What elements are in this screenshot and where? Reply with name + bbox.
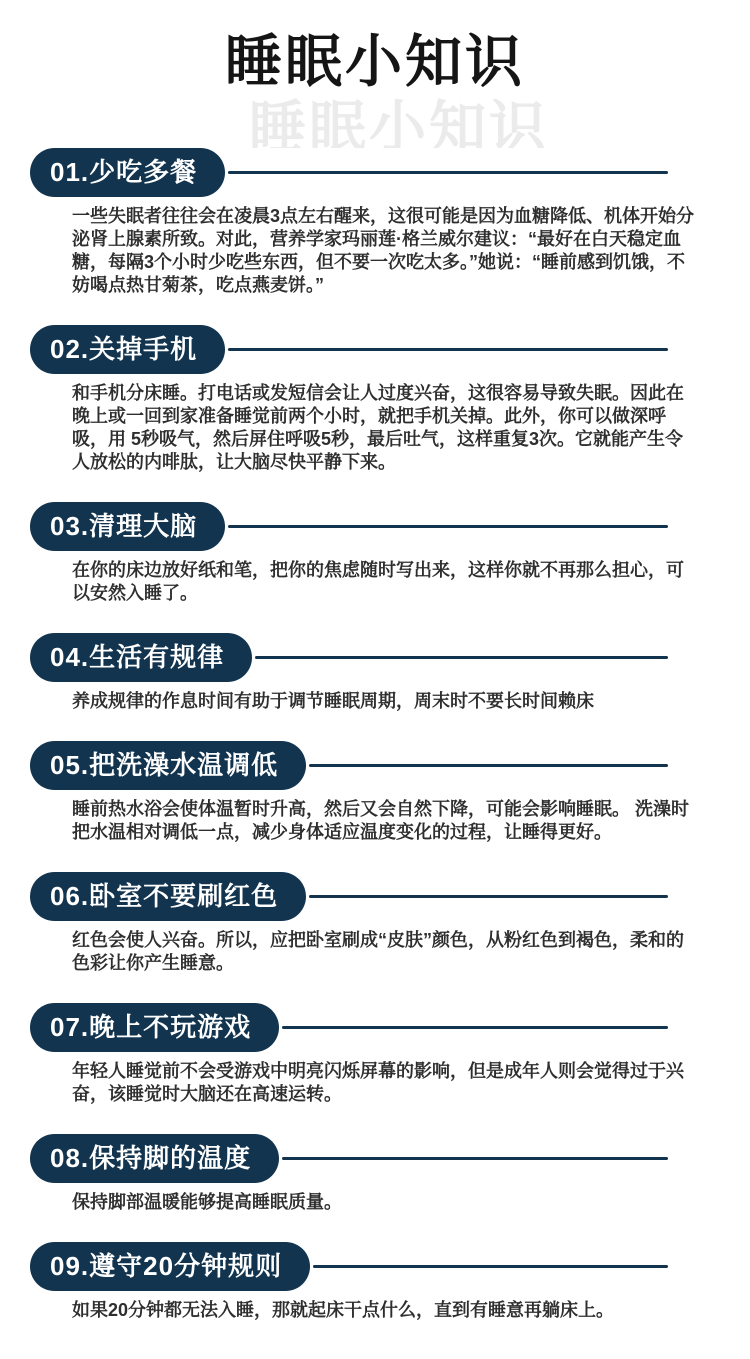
- section-05: 05.把洗澡水温调低 睡前热水浴会使体温暂时升高，然后又会自然下降，可能会影响睡…: [0, 741, 750, 844]
- section-05-body: 睡前热水浴会使体温暂时升高，然后又会自然下降，可能会影响睡眠。 洗澡时把水温相对…: [72, 798, 698, 844]
- section-05-header: 05.把洗澡水温调低: [0, 741, 750, 790]
- section-08-heading-pill: 08.保持脚的温度: [30, 1134, 279, 1183]
- section-07-heading-pill: 07.晚上不玩游戏: [30, 1003, 279, 1052]
- section-01-body: 一些失眠者往往会在凌晨3点左右醒来，这很可能是因为血糖降低、机体开始分泌肾上腺素…: [72, 205, 698, 297]
- page-title: 睡眠小知识: [0, 0, 750, 96]
- section-02-divider-line: [228, 348, 668, 351]
- section-01-heading-pill: 01.少吃多餐: [30, 148, 225, 197]
- section-05-heading-pill: 05.把洗澡水温调低: [30, 741, 306, 790]
- section-07: 07.晚上不玩游戏 年轻人睡觉前不会受游戏中明亮闪烁屏幕的影响，但是成年人则会觉…: [0, 1003, 750, 1106]
- section-05-divider-line: [309, 764, 668, 767]
- section-08-header: 08.保持脚的温度: [0, 1134, 750, 1183]
- section-03-heading-pill: 03.清理大脑: [30, 502, 225, 551]
- section-04: 04.生活有规律 养成规律的作息时间有助于调节睡眠周期，周末时不要长时间赖床: [0, 633, 750, 713]
- section-03-header: 03.清理大脑: [0, 502, 750, 551]
- section-08-body: 保持脚部温暖能够提高睡眠质量。: [72, 1191, 698, 1214]
- section-04-divider-line: [255, 656, 668, 659]
- section-02-heading-pill: 02.关掉手机: [30, 325, 225, 374]
- ghost-title: 睡眠小知识: [249, 97, 549, 148]
- section-02-header: 02.关掉手机: [0, 325, 750, 374]
- section-07-body: 年轻人睡觉前不会受游戏中明亮闪烁屏幕的影响，但是成年人则会觉得过于兴奋，该睡觉时…: [72, 1060, 698, 1106]
- section-09-divider-line: [313, 1265, 668, 1268]
- section-07-divider-line: [282, 1026, 668, 1029]
- section-04-body: 养成规律的作息时间有助于调节睡眠周期，周末时不要长时间赖床: [72, 690, 698, 713]
- section-02: 02.关掉手机 和手机分床睡。打电话或发短信会让人过度兴奋，这很容易导致失眠。因…: [0, 325, 750, 474]
- section-07-header: 07.晚上不玩游戏: [0, 1003, 750, 1052]
- section-06-header: 06.卧室不要刷红色: [0, 872, 750, 921]
- section-06-body: 红色会使人兴奋。所以，应把卧室刷成“皮肤”颜色，从粉红色到褐色，柔和的色彩让你产…: [72, 929, 698, 975]
- section-06-heading-pill: 06.卧室不要刷红色: [30, 872, 306, 921]
- section-01-divider-line: [228, 171, 668, 174]
- section-02-body: 和手机分床睡。打电话或发短信会让人过度兴奋，这很容易导致失眠。因此在晚上或一回到…: [72, 382, 698, 474]
- poster-page: 睡眠小知识 睡眠小知识 01.少吃多餐 一些失眠者往往会在凌晨3点左右醒来，这很…: [0, 0, 750, 1359]
- section-06-divider-line: [309, 895, 668, 898]
- section-04-heading-pill: 04.生活有规律: [30, 633, 252, 682]
- section-09-body: 如果20分钟都无法入睡，那就起床干点什么，直到有睡意再躺床上。: [72, 1299, 698, 1322]
- section-03-body: 在你的床边放好纸和笔，把你的焦虑随时写出来，这样你就不再那么担心，可以安然入睡了…: [72, 559, 698, 605]
- section-03: 03.清理大脑 在你的床边放好纸和笔，把你的焦虑随时写出来，这样你就不再那么担心…: [0, 502, 750, 605]
- header: 睡眠小知识 睡眠小知识: [0, 0, 750, 148]
- section-01-header: 01.少吃多餐: [0, 148, 750, 197]
- section-09-heading-pill: 09.遵守20分钟规则: [30, 1242, 310, 1291]
- section-08-divider-line: [282, 1157, 668, 1160]
- section-06: 06.卧室不要刷红色 红色会使人兴奋。所以，应把卧室刷成“皮肤”颜色，从粉红色到…: [0, 872, 750, 975]
- section-03-divider-line: [228, 525, 668, 528]
- section-09-header: 09.遵守20分钟规则: [0, 1242, 750, 1291]
- section-08: 08.保持脚的温度 保持脚部温暖能够提高睡眠质量。: [0, 1134, 750, 1214]
- section-01: 01.少吃多餐 一些失眠者往往会在凌晨3点左右醒来，这很可能是因为血糖降低、机体…: [0, 148, 750, 297]
- section-09: 09.遵守20分钟规则 如果20分钟都无法入睡，那就起床干点什么，直到有睡意再躺…: [0, 1242, 750, 1322]
- section-04-header: 04.生活有规律: [0, 633, 750, 682]
